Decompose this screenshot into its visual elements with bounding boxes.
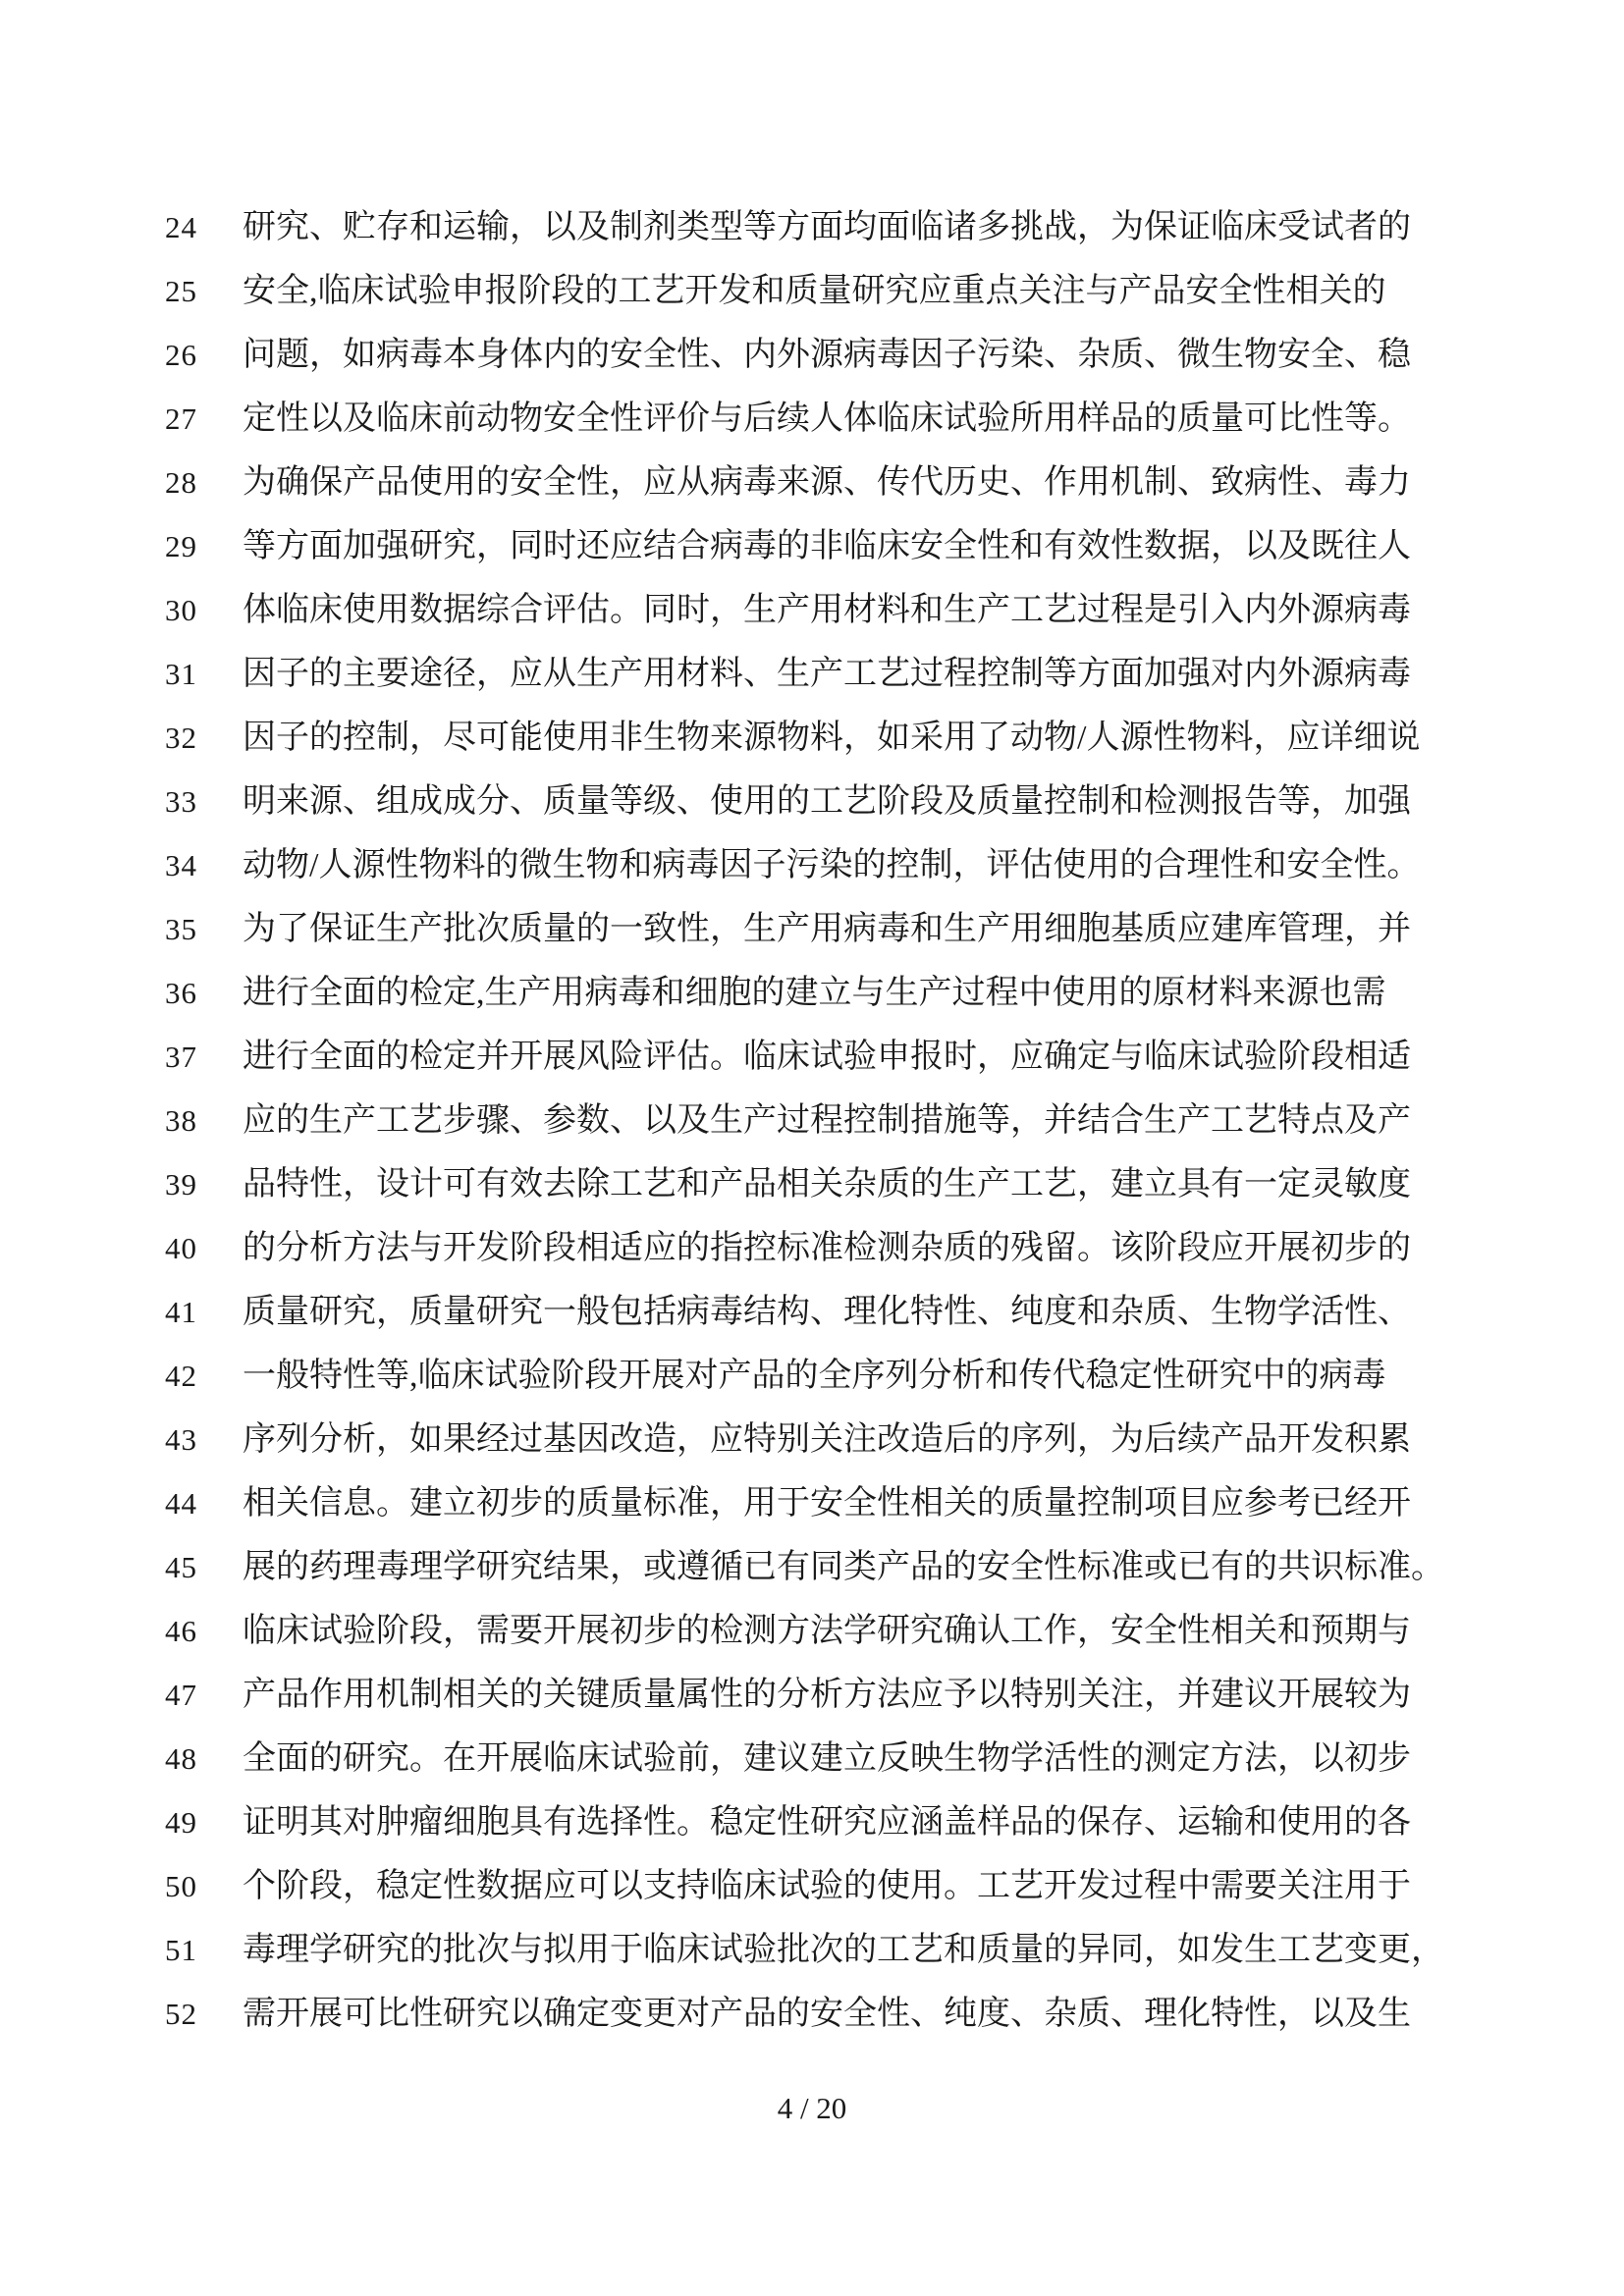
line-number: 34: [165, 833, 243, 897]
line-number: 38: [165, 1089, 243, 1152]
line-text: 研究、贮存和运输，以及制剂类型等方面均面临诸多挑战，为保证临床受试者的: [243, 195, 1411, 259]
document-line: 31 因子的主要途径，应从生产用材料、生产工艺过程控制等方面加强对内外源病毒: [0, 642, 1624, 706]
line-number: 32: [165, 706, 243, 770]
document-line: 49 证明其对肿瘤细胞具有选择性。稳定性研究应涵盖样品的保存、运输和使用的各: [0, 1790, 1624, 1854]
line-number: 30: [165, 578, 243, 642]
document-page: 24 研究、贮存和运输，以及制剂类型等方面均面临诸多挑战，为保证临床受试者的 2…: [0, 0, 1624, 2296]
line-number: 49: [165, 1790, 243, 1854]
line-text: 因子的控制，尽可能使用非生物来源物料，如采用了动物/人源性物料，应详细说: [243, 706, 1420, 770]
line-text: 证明其对肿瘤细胞具有选择性。稳定性研究应涵盖样品的保存、运输和使用的各: [243, 1790, 1411, 1854]
document-line: 32 因子的控制，尽可能使用非生物来源物料，如采用了动物/人源性物料，应详细说: [0, 706, 1624, 770]
document-line: 48 全面的研究。在开展临床试验前，建议建立反映生物学活性的测定方法，以初步: [0, 1727, 1624, 1790]
document-line: 51 毒理学研究的批次与拟用于临床试验批次的工艺和质量的异同，如发生工艺变更，: [0, 1918, 1624, 1982]
line-text: 毒理学研究的批次与拟用于临床试验批次的工艺和质量的异同，如发生工艺变更，: [243, 1918, 1444, 1982]
line-number: 31: [165, 642, 243, 706]
line-number: 51: [165, 1918, 243, 1982]
line-text: 需开展可比性研究以确定变更对产品的安全性、纯度、杂质、理化特性，以及生: [243, 1982, 1411, 2046]
line-text: 的分析方法与开发阶段相适应的指控标准检测杂质的残留。该阶段应开展初步的: [243, 1216, 1411, 1280]
line-number: 42: [165, 1344, 243, 1408]
line-number: 37: [165, 1025, 243, 1089]
line-text: 明来源、组成成分、质量等级、使用的工艺阶段及质量控制和检测报告等，加强: [243, 770, 1411, 833]
line-text: 为了保证生产批次质量的一致性，生产用病毒和生产用细胞基质应建库管理，并: [243, 897, 1411, 961]
document-line: 40 的分析方法与开发阶段相适应的指控标准检测杂质的残留。该阶段应开展初步的: [0, 1216, 1624, 1280]
line-number: 39: [165, 1152, 243, 1216]
line-number: 50: [165, 1854, 243, 1918]
text-block: 24 研究、贮存和运输，以及制剂类型等方面均面临诸多挑战，为保证临床受试者的 2…: [0, 195, 1624, 2046]
document-line: 52 需开展可比性研究以确定变更对产品的安全性、纯度、杂质、理化特性，以及生: [0, 1982, 1624, 2046]
line-number: 26: [165, 323, 243, 387]
line-number: 35: [165, 897, 243, 961]
document-line: 28 为确保产品使用的安全性，应从病毒来源、传代历史、作用机制、致病性、毒力: [0, 451, 1624, 514]
line-text: 相关信息。建立初步的质量标准，用于安全性相关的质量控制项目应参考已经开: [243, 1471, 1411, 1535]
document-line: 36 进行全面的检定,生产用病毒和细胞的建立与生产过程中使用的原材料来源也需: [0, 961, 1624, 1025]
document-line: 27 定性以及临床前动物安全性评价与后续人体临床试验所用样品的质量可比性等。: [0, 387, 1624, 451]
line-text: 产品作用机制相关的关键质量属性的分析方法应予以特别关注，并建议开展较为: [243, 1663, 1411, 1727]
line-number: 25: [165, 259, 243, 323]
document-line: 34 动物/人源性物料的微生物和病毒因子污染的控制，评估使用的合理性和安全性。: [0, 833, 1624, 897]
line-number: 44: [165, 1471, 243, 1535]
line-text: 动物/人源性物料的微生物和病毒因子污染的控制，评估使用的合理性和安全性。: [243, 833, 1420, 897]
line-text: 全面的研究。在开展临床试验前，建议建立反映生物学活性的测定方法，以初步: [243, 1727, 1411, 1790]
document-line: 42 一般特性等,临床试验阶段开展对产品的全序列分析和传代稳定性研究中的病毒: [0, 1344, 1624, 1408]
line-text: 进行全面的检定,生产用病毒和细胞的建立与生产过程中使用的原材料来源也需: [243, 961, 1386, 1025]
line-text: 安全,临床试验申报阶段的工艺开发和质量研究应重点关注与产品安全性相关的: [243, 259, 1386, 323]
line-text: 应的生产工艺步骤、参数、以及生产过程控制措施等，并结合生产工艺特点及产: [243, 1089, 1411, 1152]
line-number: 45: [165, 1535, 243, 1599]
document-line: 25 安全,临床试验申报阶段的工艺开发和质量研究应重点关注与产品安全性相关的: [0, 259, 1624, 323]
document-line: 37 进行全面的检定并开展风险评估。临床试验申报时，应确定与临床试验阶段相适: [0, 1025, 1624, 1089]
line-text: 为确保产品使用的安全性，应从病毒来源、传代历史、作用机制、致病性、毒力: [243, 451, 1411, 514]
document-line: 33 明来源、组成成分、质量等级、使用的工艺阶段及质量控制和检测报告等，加强: [0, 770, 1624, 833]
document-line: 24 研究、贮存和运输，以及制剂类型等方面均面临诸多挑战，为保证临床受试者的: [0, 195, 1624, 259]
document-line: 26 问题，如病毒本身体内的安全性、内外源病毒因子污染、杂质、微生物安全、稳: [0, 323, 1624, 387]
line-number: 48: [165, 1727, 243, 1790]
line-text: 问题，如病毒本身体内的安全性、内外源病毒因子污染、杂质、微生物安全、稳: [243, 323, 1411, 387]
line-text: 临床试验阶段，需要开展初步的检测方法学研究确认工作，安全性相关和预期与: [243, 1599, 1411, 1663]
document-line: 47 产品作用机制相关的关键质量属性的分析方法应予以特别关注，并建议开展较为: [0, 1663, 1624, 1727]
line-text: 等方面加强研究，同时还应结合病毒的非临床安全性和有效性数据，以及既往人: [243, 514, 1411, 578]
line-text: 个阶段，稳定性数据应可以支持临床试验的使用。工艺开发过程中需要关注用于: [243, 1854, 1411, 1918]
document-line: 46 临床试验阶段，需要开展初步的检测方法学研究确认工作，安全性相关和预期与: [0, 1599, 1624, 1663]
line-text: 进行全面的检定并开展风险评估。临床试验申报时，应确定与临床试验阶段相适: [243, 1025, 1411, 1089]
line-text: 定性以及临床前动物安全性评价与后续人体临床试验所用样品的质量可比性等。: [243, 387, 1411, 451]
line-number: 47: [165, 1663, 243, 1727]
page-number-indicator: 4 / 20: [0, 2089, 1624, 2128]
line-number: 27: [165, 387, 243, 451]
line-number: 41: [165, 1280, 243, 1344]
line-text: 品特性，设计可有效去除工艺和产品相关杂质的生产工艺，建立具有一定灵敏度: [243, 1152, 1411, 1216]
document-line: 50 个阶段，稳定性数据应可以支持临床试验的使用。工艺开发过程中需要关注用于: [0, 1854, 1624, 1918]
line-number: 28: [165, 451, 243, 514]
document-line: 45 展的药理毒理学研究结果，或遵循已有同类产品的安全性标准或已有的共识标准。: [0, 1535, 1624, 1599]
document-line: 41 质量研究，质量研究一般包括病毒结构、理化特性、纯度和杂质、生物学活性、: [0, 1280, 1624, 1344]
document-line: 43 序列分析，如果经过基因改造，应特别关注改造后的序列，为后续产品开发积累: [0, 1408, 1624, 1471]
document-line: 30 体临床使用数据综合评估。同时，生产用材料和生产工艺过程是引入内外源病毒: [0, 578, 1624, 642]
line-number: 46: [165, 1599, 243, 1663]
line-number: 52: [165, 1982, 243, 2046]
line-number: 43: [165, 1408, 243, 1471]
line-text: 展的药理毒理学研究结果，或遵循已有同类产品的安全性标准或已有的共识标准。: [243, 1535, 1444, 1599]
line-text: 质量研究，质量研究一般包括病毒结构、理化特性、纯度和杂质、生物学活性、: [243, 1280, 1411, 1344]
document-line: 38 应的生产工艺步骤、参数、以及生产过程控制措施等，并结合生产工艺特点及产: [0, 1089, 1624, 1152]
document-line: 44 相关信息。建立初步的质量标准，用于安全性相关的质量控制项目应参考已经开: [0, 1471, 1624, 1535]
line-number: 24: [165, 195, 243, 259]
document-line: 35 为了保证生产批次质量的一致性，生产用病毒和生产用细胞基质应建库管理，并: [0, 897, 1624, 961]
line-text: 序列分析，如果经过基因改造，应特别关注改造后的序列，为后续产品开发积累: [243, 1408, 1411, 1471]
line-number: 40: [165, 1216, 243, 1280]
line-text: 因子的主要途径，应从生产用材料、生产工艺过程控制等方面加强对内外源病毒: [243, 642, 1411, 706]
line-text: 体临床使用数据综合评估。同时，生产用材料和生产工艺过程是引入内外源病毒: [243, 578, 1411, 642]
line-number: 36: [165, 961, 243, 1025]
line-number: 33: [165, 770, 243, 833]
line-number: 29: [165, 514, 243, 578]
line-text: 一般特性等,临床试验阶段开展对产品的全序列分析和传代稳定性研究中的病毒: [243, 1344, 1386, 1408]
document-line: 29 等方面加强研究，同时还应结合病毒的非临床安全性和有效性数据，以及既往人: [0, 514, 1624, 578]
document-line: 39 品特性，设计可有效去除工艺和产品相关杂质的生产工艺，建立具有一定灵敏度: [0, 1152, 1624, 1216]
